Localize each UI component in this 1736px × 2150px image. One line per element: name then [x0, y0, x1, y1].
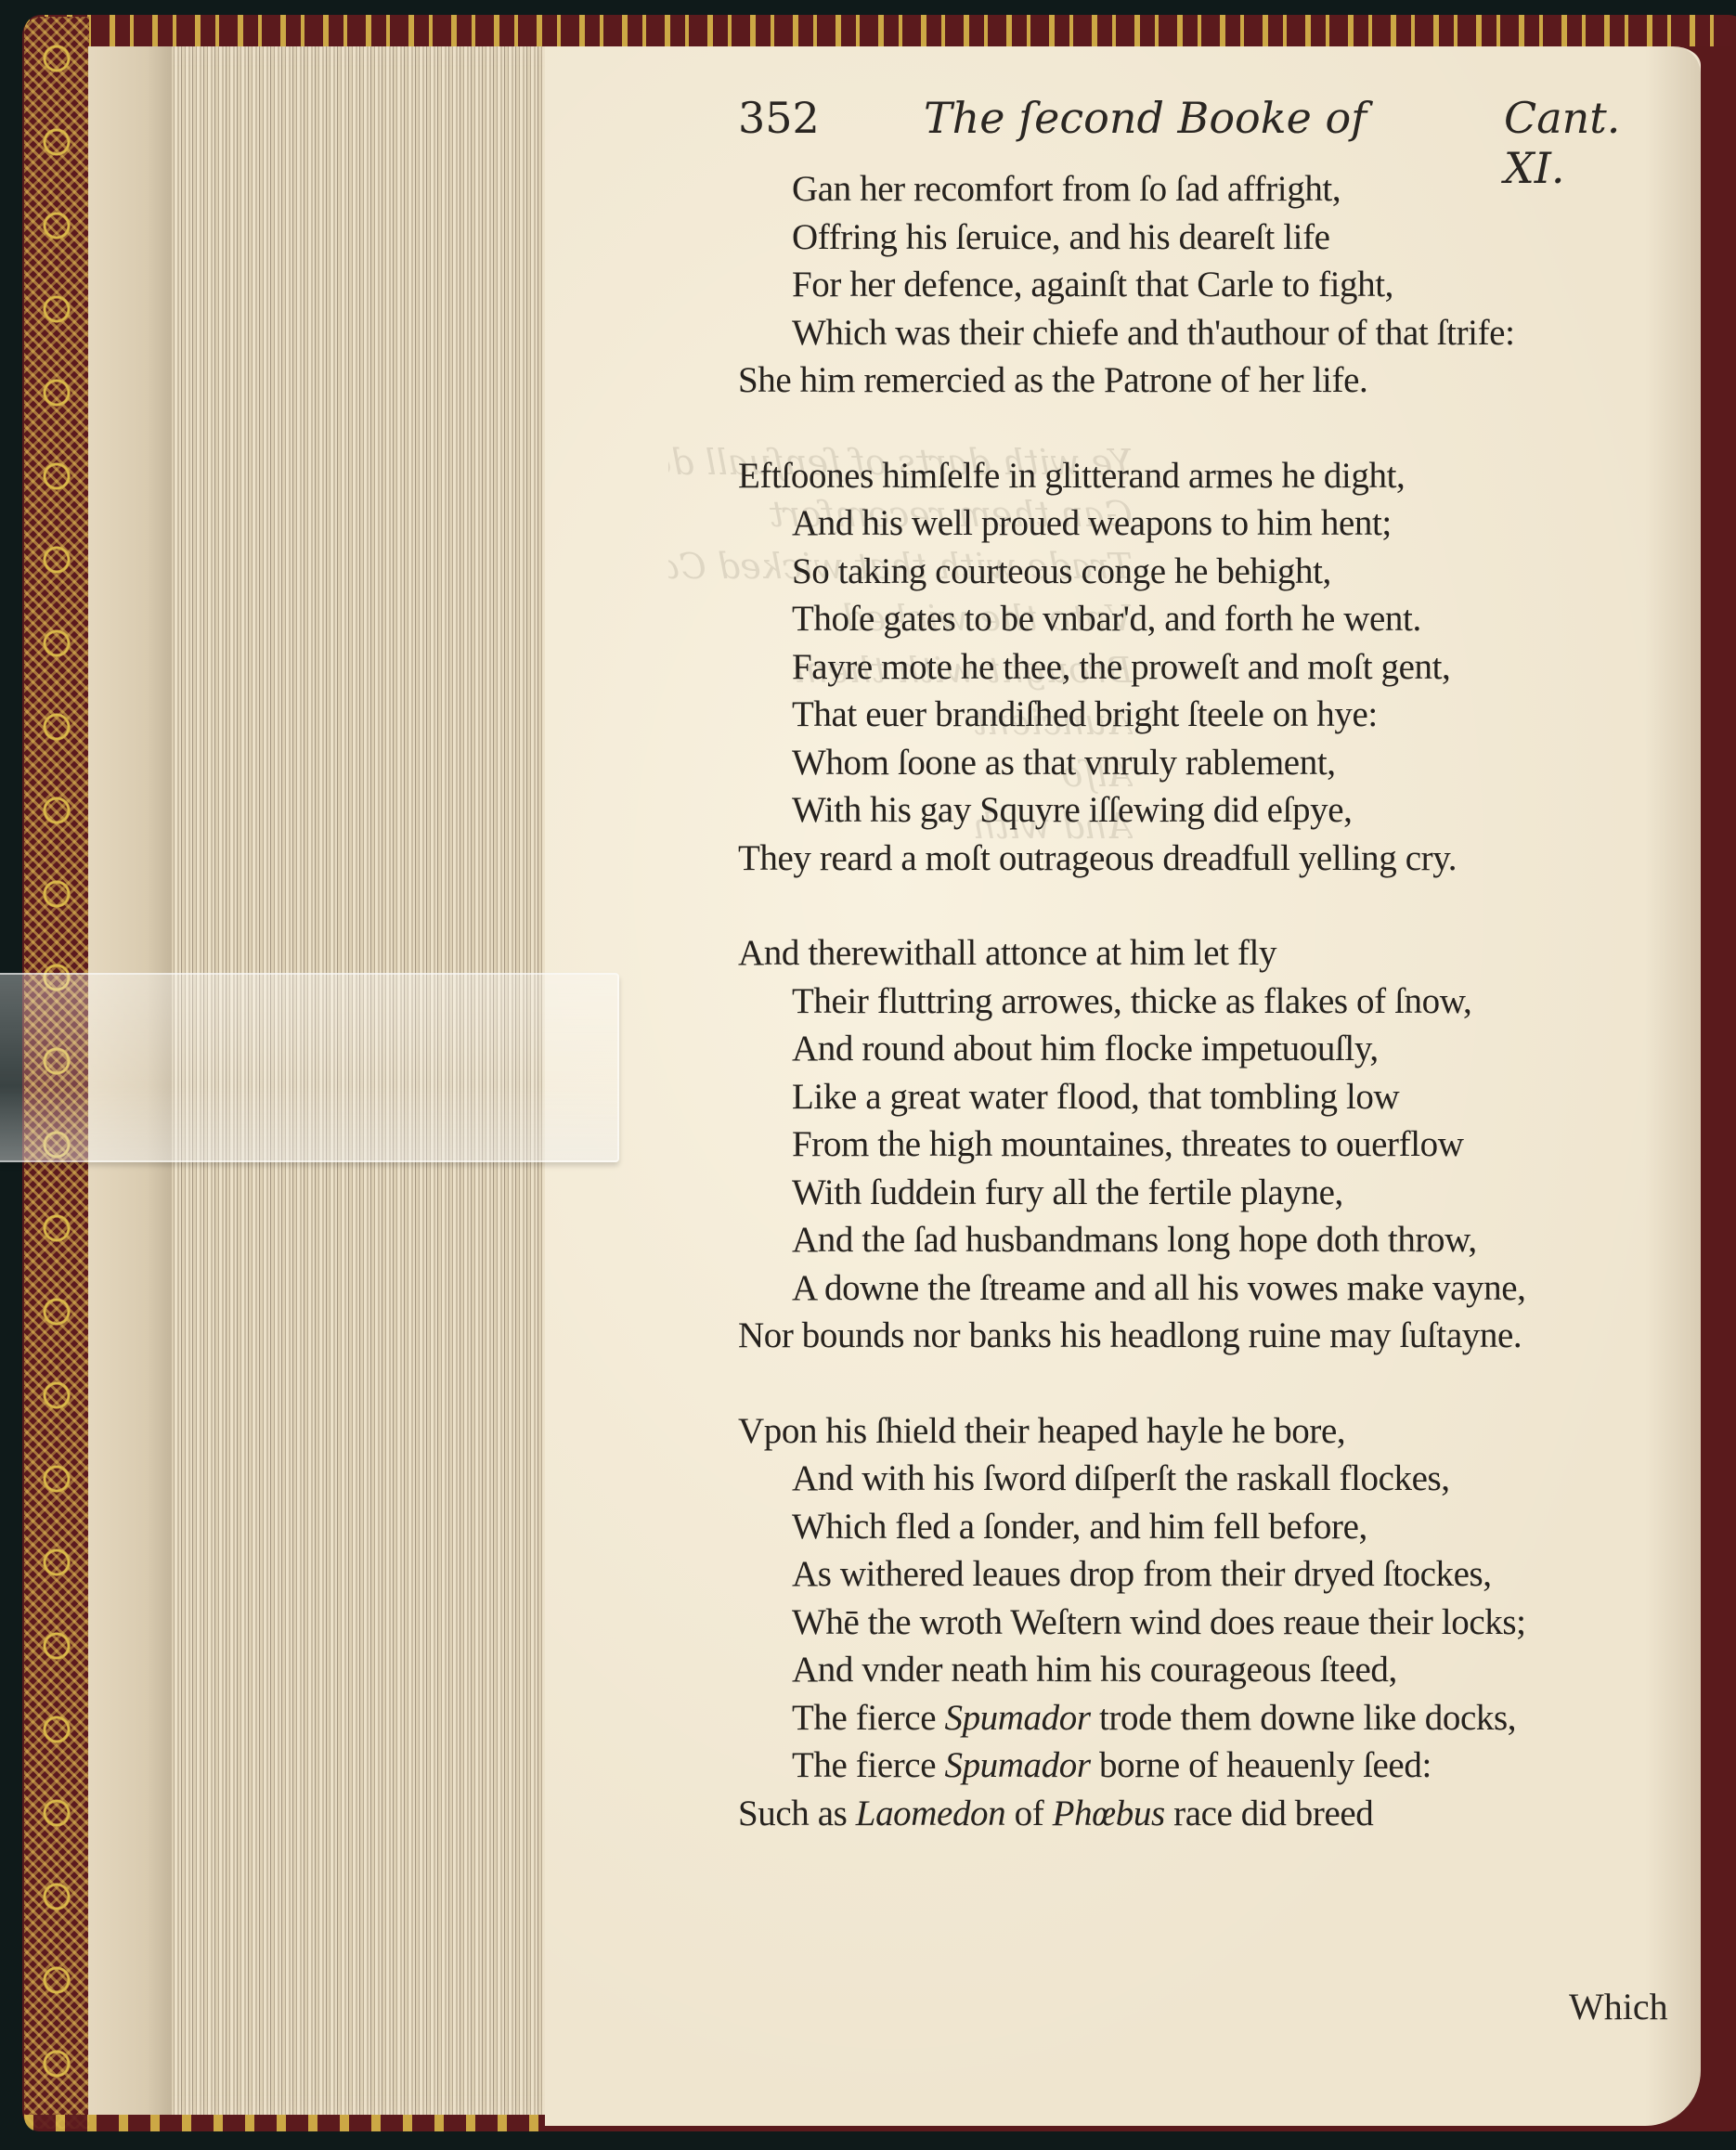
verse-text: borne of heauenly ſeed:	[1091, 1745, 1432, 1785]
verse-text: of	[1005, 1794, 1052, 1833]
verse-line-alexandrine: They reard a moſt outrageous dreadfull y…	[738, 835, 1694, 883]
verse-text: Such as	[738, 1794, 856, 1833]
verse-text: race did breed	[1165, 1794, 1374, 1833]
verse-line-first: Vpon his ſhield their heaped hayle he bo…	[738, 1407, 1694, 1456]
verse-line: Their fluttring arrowes, thicke as flake…	[738, 978, 1694, 1026]
verse-line: As withered leaues drop from their dryed…	[738, 1550, 1694, 1599]
verse-line: And with his ſword diſperſt the raskall …	[738, 1455, 1694, 1503]
verse-line: And the ſad husbandmans long hope doth t…	[738, 1216, 1694, 1264]
verse-line: Which fled a ſonder, and him fell before…	[738, 1503, 1694, 1551]
italic-proper-name: Phœbus	[1053, 1794, 1165, 1833]
page-number: 352	[738, 93, 820, 143]
verse-line-alexandrine: She him remercied as the Patrone of her …	[738, 356, 1694, 405]
verse-line: From the high mountaines, threates to ou…	[738, 1120, 1694, 1169]
verse-line: That euer brandiſhed bright ſteele on hy…	[738, 691, 1694, 739]
stanza: Eftſoones himſelfe in glitterand armes h…	[738, 452, 1694, 883]
italic-proper-name: Laomedon	[856, 1794, 1005, 1833]
stanza: And therewithall attonce at him let fly …	[738, 929, 1694, 1360]
verse-line: Thoſe gates to be vnbar'd, and forth he …	[738, 595, 1694, 643]
verse-line: Offring his ſeruice, and his deareſt lif…	[738, 214, 1694, 262]
verse-line: The fierce Spumador trode them downe lik…	[738, 1694, 1694, 1742]
verse-line: Like a great water flood, that tombling …	[738, 1073, 1694, 1121]
verse-line: Whom ſoone as that vnruly rablement,	[738, 739, 1694, 787]
verse-line-alexandrine: Nor bounds nor banks his headlong ruine …	[738, 1312, 1694, 1360]
italic-proper-name: Spumador	[944, 1745, 1090, 1785]
gilt-tooled-border-top	[24, 15, 1732, 46]
verse-line: For her defence, againſt that Carle to f…	[738, 261, 1694, 309]
stanza: Gan her recomfort from ſo ſad affright, …	[738, 165, 1694, 405]
verse-line: Fayre mote he thee, the proweſt and moſt…	[738, 643, 1694, 692]
verse-text: trode them downe like docks,	[1091, 1698, 1516, 1738]
clear-page-holder-strip	[0, 973, 619, 1162]
catchword: Which	[1569, 1985, 1668, 2028]
verse-text: The fierce	[792, 1698, 944, 1738]
verse-line-alexandrine: Such as Laomedon of Phœbus race did bree…	[738, 1790, 1694, 1838]
verse-line: Whē the wroth Weſtern wind does reaue th…	[738, 1599, 1694, 1647]
italic-proper-name: Spumador	[944, 1698, 1090, 1738]
verse-line: A downe the ſtreame and all his vowes ma…	[738, 1264, 1694, 1313]
poem-text: Gan her recomfort from ſo ſad affright, …	[738, 165, 1694, 1884]
verse-line: So taking courteous conge he behight,	[738, 548, 1694, 596]
gilt-tooled-border-bottom	[24, 2115, 544, 2131]
verse-line-first: Eftſoones himſelfe in glitterand armes h…	[738, 452, 1694, 500]
running-head: 352 The ſecond Booke of Cant. XI.	[738, 93, 1666, 149]
verse-line: The fierce Spumador borne of heauenly ſe…	[738, 1742, 1694, 1790]
verse-text: The fierce	[792, 1745, 944, 1785]
verse-line: Gan her recomfort from ſo ſad affright,	[738, 165, 1694, 214]
verse-line: With ſuddein fury all the fertile playne…	[738, 1169, 1694, 1217]
verse-line: With his gay Squyre iſſewing did eſpye,	[738, 786, 1694, 835]
verse-line: And round about him flocke impetuouſly,	[738, 1025, 1694, 1073]
verse-line: And vnder neath him his courageous ſteed…	[738, 1646, 1694, 1694]
stanza: Vpon his ſhield their heaped hayle he bo…	[738, 1407, 1694, 1838]
verse-line-first: And therewithall attonce at him let fly	[738, 929, 1694, 978]
verse-line: Which was their chiefe and th'authour of…	[738, 309, 1694, 357]
verse-line: And his well proued weapons to him hent;	[738, 499, 1694, 548]
running-title: The ſecond Booke of	[924, 93, 1367, 143]
